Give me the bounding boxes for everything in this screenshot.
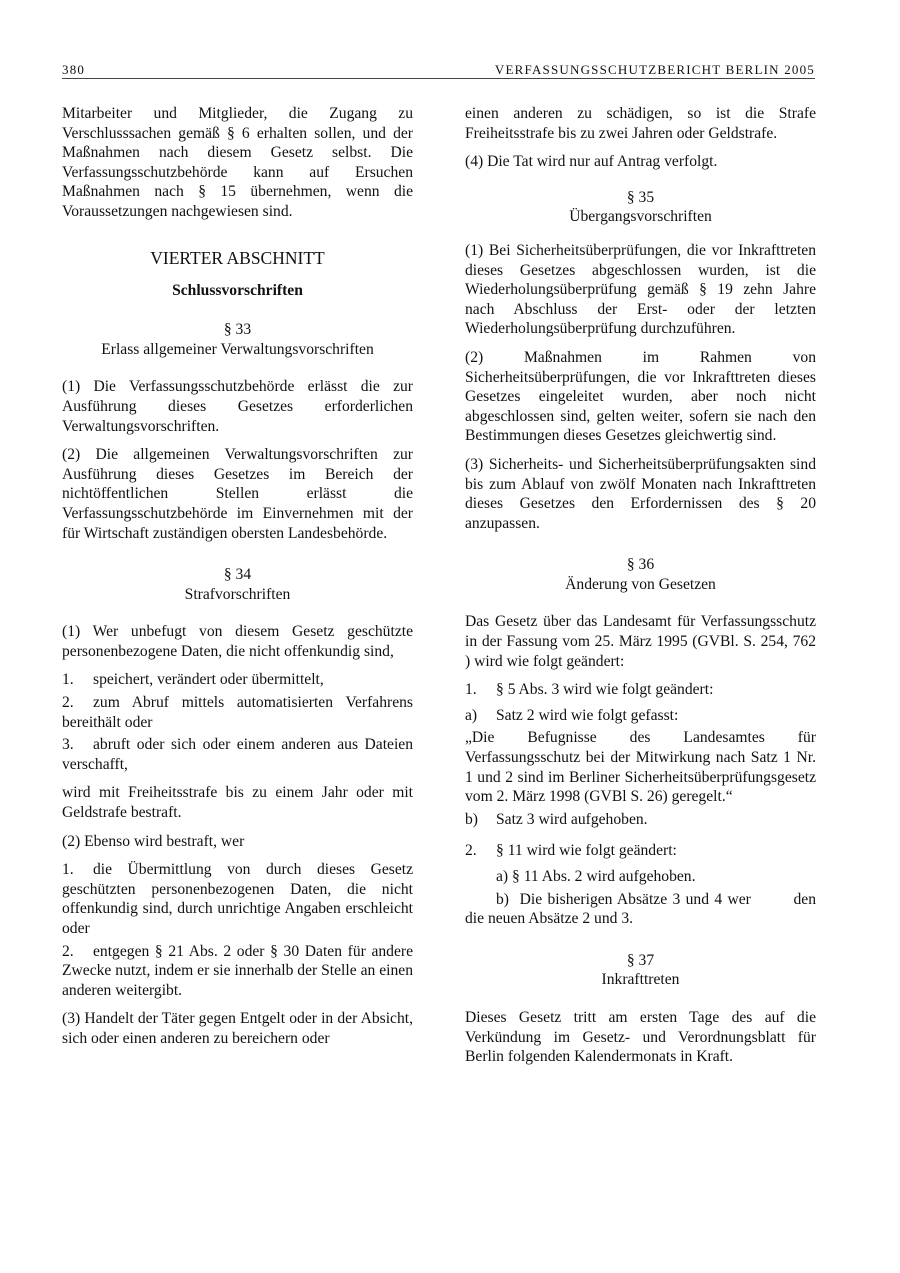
paragraph-number: § 34 (62, 565, 413, 585)
list-item: 1.speichert, verändert oder übermittelt, (62, 670, 413, 690)
s33-p2: (2) Die allgemeinen Verwaltungsvorschrif… (62, 445, 413, 543)
paragraph-37-heading: § 37 Inkrafttreten (465, 951, 816, 990)
paragraph-title: Erlass allgemeiner Verwaltungsvorschrift… (62, 340, 413, 360)
left-column: Mitarbeiter und Mitglieder, die Zugang z… (62, 104, 413, 1058)
list-item: 2.entgegen § 21 Abs. 2 oder § 30 Daten f… (62, 942, 413, 1001)
paragraph-title: Inkrafttreten (465, 970, 816, 990)
list-item: 3.abruft oder sich oder einem anderen au… (62, 735, 413, 774)
page-number: 380 (62, 62, 85, 78)
list-item: b)Satz 3 wird aufgehoben. (465, 810, 816, 830)
s37-text: Dieses Gesetz tritt am ersten Tage des a… (465, 1008, 816, 1067)
intro-paragraph: Mitarbeiter und Mitglieder, die Zugang z… (62, 104, 413, 222)
list-item: a) § 11 Abs. 2 wird aufgehoben. (465, 867, 816, 887)
list-item: 1.die Übermittlung von durch dieses Gese… (62, 860, 413, 938)
list-item: 2.zum Abruf mittels automatisierten Verf… (62, 693, 413, 732)
paragraph-35-heading: § 35 Übergangsvorschriften (465, 188, 816, 227)
paragraph-36-heading: § 36 Änderung von Gesetzen (465, 555, 816, 594)
quoted-amendment: „Die Befugnisse des Landesamtes für Verf… (465, 728, 816, 806)
section-title: Schlussvorschriften (62, 281, 413, 301)
s34-p3-continued: einen anderen zu schädigen, so ist die S… (465, 104, 816, 143)
right-column: einen anderen zu schädigen, so ist die S… (465, 104, 816, 1076)
paragraph-number: § 37 (465, 951, 816, 971)
paragraph-title: Strafvorschriften (62, 585, 413, 605)
s35-p2: (2) Maßnahmen im Rahmen von Sicherheitsü… (465, 348, 816, 446)
paragraph-number: § 36 (465, 555, 816, 575)
s35-p3: (3) Sicherheits- und Sicherheitsüberprüf… (465, 455, 816, 533)
list-item: 1.§ 5 Abs. 3 wird wie folgt geändert: (465, 680, 816, 700)
paragraph-title: Übergangsvorschriften (465, 207, 816, 227)
paragraph-title: Änderung von Gesetzen (465, 575, 816, 595)
running-header: 380 VERFASSUNGSSCHUTZBERICHT BERLIN 2005 (62, 60, 815, 79)
s33-p1: (1) Die Verfassungsschutzbehörde erlässt… (62, 377, 413, 436)
paragraph-number: § 33 (62, 320, 413, 340)
list-item: 2.§ 11 wird wie folgt geändert: (465, 841, 816, 861)
paragraph-33-heading: § 33 Erlass allgemeiner Verwaltungsvorsc… (62, 320, 413, 359)
list-item: b) Die bisherigen Absätze 3 und 4 wer de… (465, 890, 816, 929)
s36-intro: Das Gesetz über das Landesamt für Verfas… (465, 612, 816, 671)
s34-p2-intro: (2) Ebenso wird bestraft, wer (62, 832, 413, 852)
list-item: a)Satz 2 wird wie folgt gefasst: (465, 706, 816, 726)
running-title: VERFASSUNGSSCHUTZBERICHT BERLIN 2005 (495, 62, 815, 78)
paragraph-number: § 35 (465, 188, 816, 208)
s34-p4: (4) Die Tat wird nur auf Antrag verfolgt… (465, 152, 816, 172)
s34-p1-outro: wird mit Freiheitsstrafe bis zu einem Ja… (62, 783, 413, 822)
section-heading: VIERTER ABSCHNITT (62, 247, 413, 269)
paragraph-34-heading: § 34 Strafvorschriften (62, 565, 413, 604)
s35-p1: (1) Bei Sicherheitsüberprüfungen, die vo… (465, 241, 816, 339)
s34-p3-start: (3) Handelt der Täter gegen Entgelt oder… (62, 1009, 413, 1048)
s34-p1-intro: (1) Wer unbefugt von diesem Gesetz gesch… (62, 622, 413, 661)
